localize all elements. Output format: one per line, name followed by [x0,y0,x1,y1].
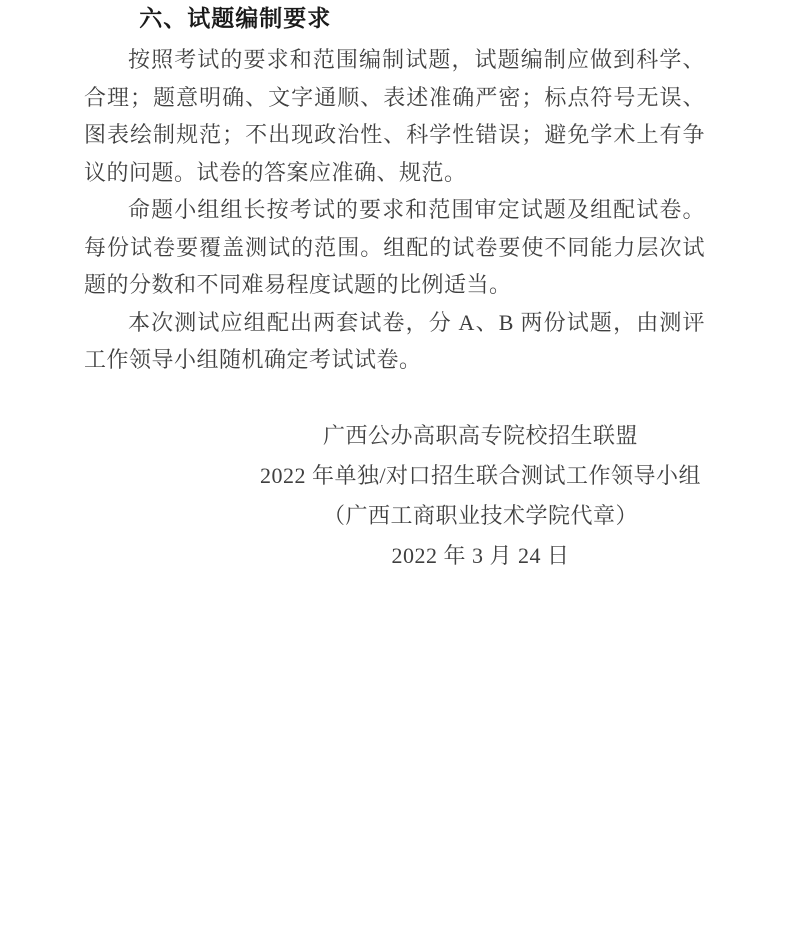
section-heading: 六、试题编制要求 [84,2,705,35]
signature-block: 广西公办高职高专院校招生联盟 2022 年单独/对口招生联合测试工作领导小组 （… [170,416,788,576]
signature-seal-note: （广西工商职业技术学院代章） [170,496,788,536]
document-page: 六、试题编制要求 按照考试的要求和范围编制试题，试题编制应做到科学、合理；题意明… [0,0,788,927]
paragraph-group-leader-review: 命题小组组长按考试的要求和范围审定试题及组配试卷。每份试卷要覆盖测试的范围。组配… [84,191,705,304]
paragraph-question-compilation: 按照考试的要求和范围编制试题，试题编制应做到科学、合理；题意明确、文字通顺、表述… [84,41,705,191]
paragraph-two-paper-sets: 本次测试应组配出两套试卷，分 A、B 两份试题，由测评工作领导小组随机确定考试试… [84,304,705,379]
signature-working-group: 2022 年单独/对口招生联合测试工作领导小组 [170,456,788,496]
signature-organization: 广西公办高职高专院校招生联盟 [170,416,788,456]
signature-date: 2022 年 3 月 24 日 [170,536,788,576]
